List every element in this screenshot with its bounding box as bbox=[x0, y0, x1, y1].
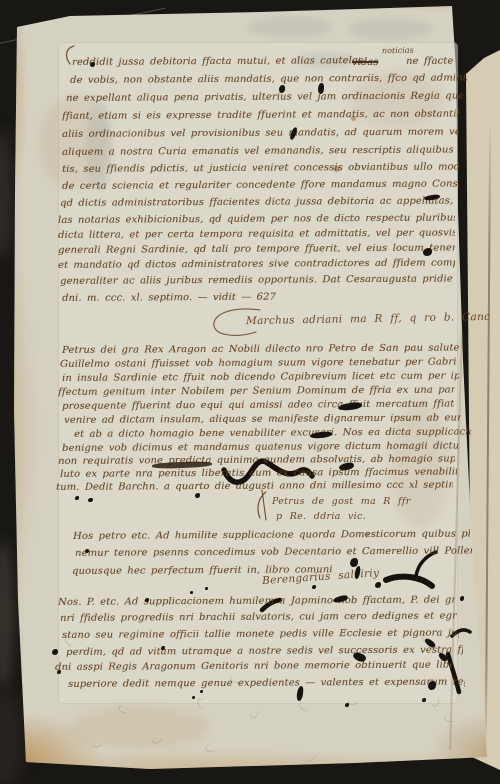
manuscript-line: Petrus dei gra Rex Aragon ac Nobili dile… bbox=[62, 343, 459, 356]
manuscript-line: Guillelmo ostani ffuisset vob homagium s… bbox=[60, 357, 457, 370]
manuscript-line: dni asspi Regis Aragonum Genitoris nri b… bbox=[55, 660, 452, 673]
manuscript-line: Hos petro etc. Ad humilite supplicacione… bbox=[73, 529, 470, 542]
manuscript-line: aliis ordinacionibus vel provisionibus s… bbox=[62, 127, 459, 140]
manuscript-line: nemur tenore psenns concedimus vob Decen… bbox=[75, 546, 472, 559]
manuscript-line: in insula Sardinie etc ffuit nob dicendo… bbox=[62, 371, 459, 384]
manuscript-line: benigne vob dicimus et mandamus quatenus… bbox=[62, 441, 459, 454]
manuscript-line: tum. Dedit Barchn. a quarto die augusti … bbox=[56, 480, 453, 493]
manuscript-line: ne ffacte bbox=[406, 56, 453, 67]
manuscript-line: dicta littera, et per certa tempora requ… bbox=[58, 228, 455, 241]
ink-blot bbox=[88, 498, 93, 502]
ink-blot bbox=[161, 646, 165, 650]
manuscript-line: Nos. P. etc. Ad supplicacionem humilem a… bbox=[58, 595, 455, 608]
ink-blot bbox=[460, 596, 464, 601]
ink-blot bbox=[205, 587, 208, 590]
ink-blot bbox=[75, 496, 79, 500]
manuscript-line: tis, seu ffiendis pdictis, ut justicia v… bbox=[62, 162, 459, 175]
ink-blot bbox=[279, 85, 285, 93]
struck-word: vidas bbox=[352, 57, 378, 68]
manuscript-line: et ab a dicto homagio bene venabiliter e… bbox=[74, 427, 471, 440]
chancery-signature: Marchus adriani ma R ff, q ro b. Canc bbox=[246, 312, 490, 327]
subscription-line: p Re. ddria vic. bbox=[276, 511, 366, 522]
ink-blot bbox=[318, 83, 324, 94]
manuscript-line: non requiratis vone predicta quinimo eun… bbox=[58, 454, 455, 467]
manuscript-line: et mandatio qd dictos administratores si… bbox=[58, 258, 455, 271]
ink-blot bbox=[428, 681, 436, 690]
ink-blot bbox=[192, 696, 195, 699]
manuscript-line: perdim, qd ad vitam utramque a nostre se… bbox=[66, 645, 463, 658]
manuscript-line: ffectum genitum inter Nobilem per Senium… bbox=[58, 385, 455, 398]
ink-blot bbox=[375, 582, 381, 588]
manuscript-line: las notarias exhibicionibus, qd quidem p… bbox=[58, 213, 455, 226]
ink-blot bbox=[422, 698, 426, 702]
manuscript-photo: noticias reddidit jussa debitoria ffacta… bbox=[0, 0, 500, 784]
manuscript-line: luto ex parte nra penitus liberatis cum … bbox=[60, 467, 457, 480]
ink-blot bbox=[145, 598, 149, 602]
manuscript-line: ffiant, etiam si eis expresse tradite ff… bbox=[62, 109, 459, 122]
subscription-line: Petrus de gost ma R ffr bbox=[272, 496, 411, 507]
manuscript-line: venire ad dictam insulam, aliquas se man… bbox=[64, 413, 461, 426]
manuscript-line: de vobis, non obstante aliis mandatis, q… bbox=[70, 73, 467, 86]
ink-blot bbox=[345, 703, 349, 707]
manuscript-line: de certa sciencia et regulariter concede… bbox=[62, 179, 459, 192]
ink-blot bbox=[85, 549, 89, 553]
ink-blot bbox=[52, 649, 58, 655]
manuscript-line: reddidit jussa debitoria ffacta mutui, e… bbox=[72, 55, 363, 67]
ink-blot bbox=[312, 585, 316, 589]
manuscript-line: generaliter ac aliis juribus remediis op… bbox=[60, 274, 457, 287]
manuscript-line: ne expellant aliqua pena privatis, ulter… bbox=[66, 91, 463, 104]
manuscript-line: superiore dedit nemque genue expedientes… bbox=[68, 677, 465, 690]
manuscript-line: generali Regni Sardinie, qd tali pro tem… bbox=[58, 243, 455, 256]
ink-blot bbox=[57, 670, 61, 674]
handwriting-layer: noticias reddidit jussa debitoria ffacta… bbox=[0, 0, 500, 784]
manuscript-line: prosequente ffuerint duo equi qui amissi… bbox=[62, 399, 459, 412]
interlinear-note: noticias bbox=[382, 47, 414, 56]
ink-blot bbox=[190, 591, 193, 594]
manuscript-line: dni. m. ccc. xl. septimo. — vidit — 627 bbox=[62, 292, 276, 304]
manuscript-line: stano seu regimine officii tallie monete… bbox=[62, 628, 459, 641]
manuscript-line: nri ffidelis progrediis nri brachii salv… bbox=[60, 611, 457, 624]
ink-blot bbox=[423, 248, 432, 256]
ink-blot bbox=[200, 690, 203, 693]
manuscript-line: qd dictis administratoribus ffacientes d… bbox=[60, 196, 457, 209]
manuscript-line: aliquem a nostra Curia emanatis vel eman… bbox=[62, 145, 459, 158]
